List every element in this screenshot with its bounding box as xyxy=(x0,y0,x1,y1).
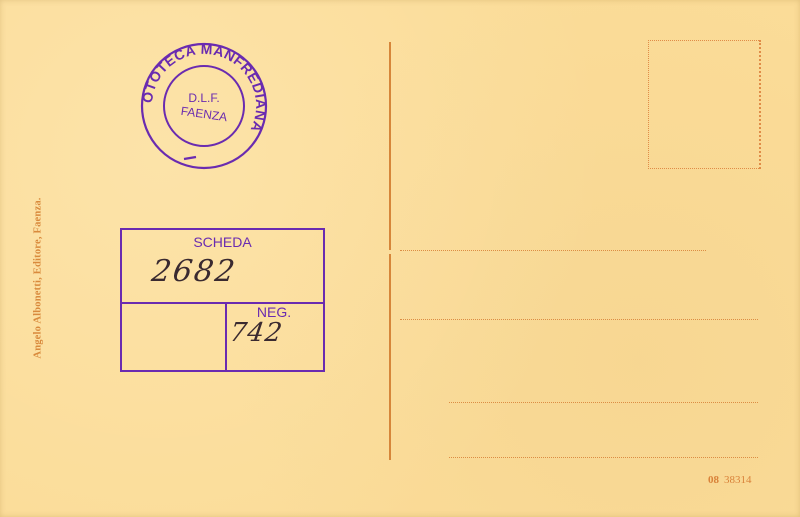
scheda-label: SCHEDA xyxy=(122,234,323,250)
postage-stamp-placeholder xyxy=(648,40,761,169)
archive-stamp: FOTOTECA MANFREDIANA D.L.F. FAENZA xyxy=(138,40,270,172)
stamp-bottom-mark xyxy=(184,157,196,159)
address-line-4 xyxy=(449,457,758,458)
center-divider-top xyxy=(389,42,391,250)
catalog-box: SCHEDA 2682 NEG. 742 xyxy=(120,228,325,372)
stamp-center-line-1: D.L.F. xyxy=(188,91,219,105)
stamp-center-line-2: FAENZA xyxy=(180,104,228,124)
address-line-2 xyxy=(400,319,758,320)
address-line-3 xyxy=(449,402,758,403)
publisher-imprint: Angelo Albonetti, Editore, Faenza. xyxy=(33,197,44,358)
serial-value: 38314 xyxy=(724,474,752,486)
scheda-value: 2682 xyxy=(150,254,239,289)
center-divider-bottom xyxy=(389,254,391,460)
postcard-back: Angelo Albonetti, Editore, Faenza. FOTOT… xyxy=(0,0,800,517)
serial-number: 0838314 xyxy=(708,474,752,486)
serial-prefix: 08 xyxy=(708,474,719,486)
neg-value: 742 xyxy=(228,318,285,348)
address-line-1 xyxy=(400,250,706,251)
